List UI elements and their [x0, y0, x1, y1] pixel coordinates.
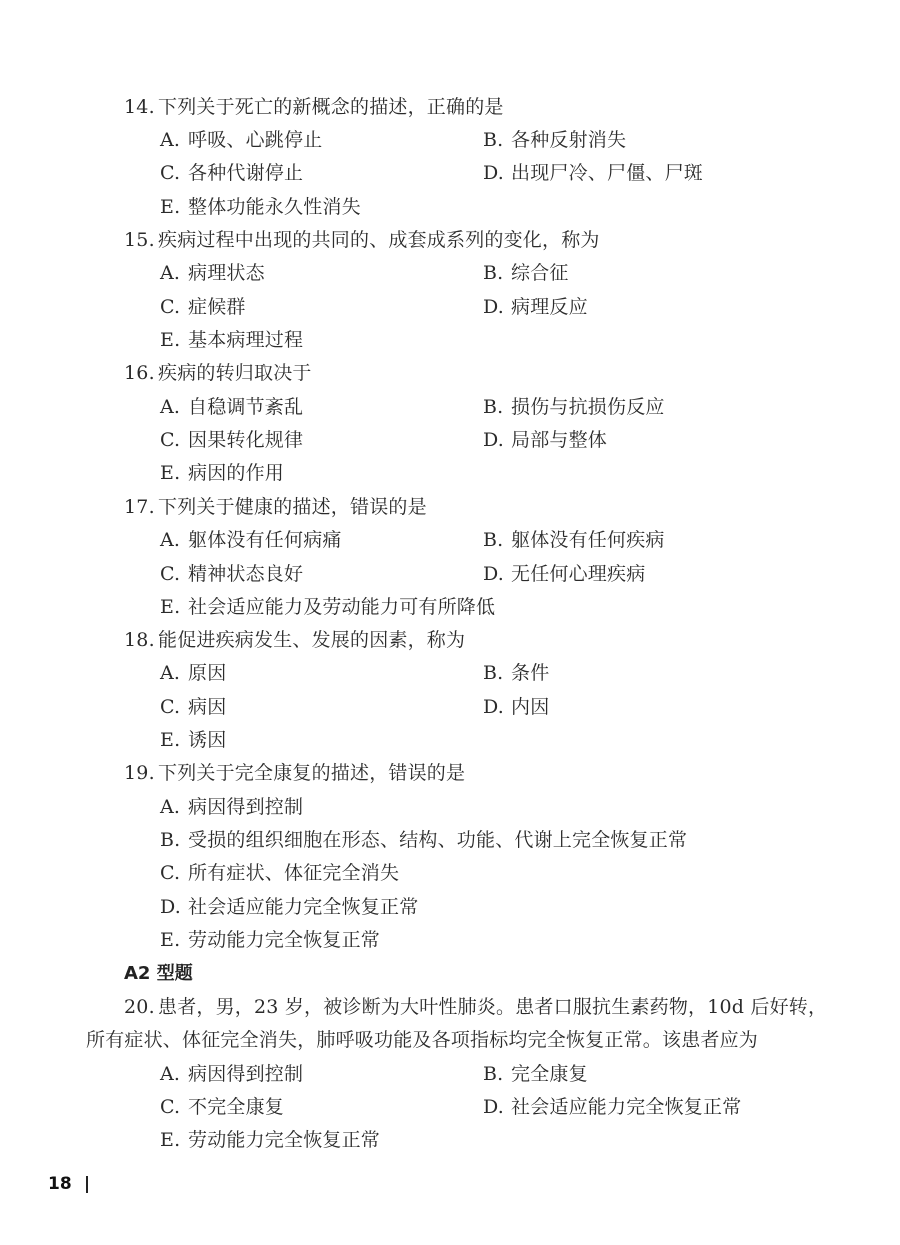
option-18-b: B.条件: [483, 661, 549, 685]
option-14-d: D.出现尸冷、尸僵、尸斑: [483, 161, 703, 185]
option-letter: C.: [160, 861, 188, 885]
option-text: 出现尸冷、尸僵、尸斑: [511, 162, 703, 184]
option-text: 综合征: [511, 262, 569, 284]
option-text: 社会适应能力完全恢复正常: [188, 896, 418, 918]
question-number: 16.: [124, 361, 158, 385]
question-17-stem: 17.下列关于健康的描述，错误的是: [124, 495, 427, 519]
option-letter: A.: [160, 528, 188, 552]
option-text: 躯体没有任何病痛: [188, 529, 342, 551]
option-19-a: A.病因得到控制: [160, 795, 303, 819]
option-letter: B.: [483, 395, 511, 419]
question-16-stem: 16.疾病的转归取决于: [124, 361, 312, 385]
option-text: 劳动能力完全恢复正常: [188, 929, 380, 951]
option-15-d: D.病理反应: [483, 295, 588, 319]
option-letter: E.: [160, 595, 188, 619]
option-text: 损伤与抗损伤反应: [511, 396, 665, 418]
option-16-c: C.因果转化规律: [160, 428, 303, 452]
option-text: 基本病理过程: [188, 329, 303, 351]
option-15-c: C.症候群: [160, 295, 246, 319]
option-17-c: C.精神状态良好: [160, 562, 303, 586]
option-19-b: B.受损的组织细胞在形态、结构、功能、代谢上完全恢复正常: [160, 828, 687, 852]
option-16-d: D.局部与整体: [483, 428, 607, 452]
option-letter: A.: [160, 261, 188, 285]
option-20-e: E.劳动能力完全恢复正常: [160, 1128, 380, 1152]
option-text: 社会适应能力完全恢复正常: [511, 1096, 741, 1118]
option-20-d: D.社会适应能力完全恢复正常: [483, 1095, 741, 1119]
option-20-a: A.病因得到控制: [160, 1062, 303, 1086]
option-text: 因果转化规律: [188, 429, 303, 451]
option-19-d: D.社会适应能力完全恢复正常: [160, 895, 418, 919]
question-number: 15.: [124, 228, 158, 252]
option-letter: B.: [483, 661, 511, 685]
option-letter: D.: [160, 895, 188, 919]
question-number: 14.: [124, 95, 158, 119]
option-text: 不完全康复: [188, 1096, 284, 1118]
option-16-a: A.自稳调节紊乱: [160, 395, 303, 419]
question-text: 患者，男，23 岁，被诊断为大叶性肺炎。患者口服抗生素药物，10d 后好转，: [158, 996, 827, 1018]
option-text: 病理状态: [188, 262, 265, 284]
option-text: 完全康复: [511, 1063, 588, 1085]
option-text: 病理反应: [511, 296, 588, 318]
option-18-c: C.病因: [160, 695, 226, 719]
option-14-b: B.各种反射消失: [483, 128, 626, 152]
option-text: 原因: [188, 662, 226, 684]
option-text: 各种代谢停止: [188, 162, 303, 184]
question-number: 19.: [124, 761, 158, 785]
folio-divider: [86, 1176, 88, 1193]
option-letter: B.: [483, 1062, 511, 1086]
textbook-page: 14.下列关于死亡的新概念的描述，正确的是 A.呼吸、心跳停止 B.各种反射消失…: [0, 0, 900, 1245]
option-letter: C.: [160, 295, 188, 319]
option-text: 症候群: [188, 296, 246, 318]
option-letter: E.: [160, 328, 188, 352]
option-text: 精神状态良好: [188, 563, 303, 585]
option-20-c: C.不完全康复: [160, 1095, 284, 1119]
option-text: 整体功能永久性消失: [188, 196, 361, 218]
option-letter: A.: [160, 395, 188, 419]
option-letter: C.: [160, 161, 188, 185]
option-16-b: B.损伤与抗损伤反应: [483, 395, 665, 419]
option-letter: A.: [160, 661, 188, 685]
option-letter: D.: [483, 562, 511, 586]
question-14-stem: 14.下列关于死亡的新概念的描述，正确的是: [124, 95, 504, 119]
option-19-c: C.所有症状、体征完全消失: [160, 861, 399, 885]
option-18-a: A.原因: [160, 661, 226, 685]
option-letter: C.: [160, 695, 188, 719]
question-text: 疾病的转归取决于: [158, 362, 312, 384]
option-14-c: C.各种代谢停止: [160, 161, 303, 185]
option-letter: D.: [483, 295, 511, 319]
option-letter: C.: [160, 1095, 188, 1119]
option-letter: D.: [483, 428, 511, 452]
option-18-d: D.内因: [483, 695, 549, 719]
question-text: 下列关于死亡的新概念的描述，正确的是: [158, 96, 504, 118]
option-letter: D.: [483, 695, 511, 719]
option-14-e: E.整体功能永久性消失: [160, 195, 361, 219]
option-letter: C.: [160, 428, 188, 452]
option-text: 各种反射消失: [511, 129, 626, 151]
question-19-stem: 19.下列关于完全康复的描述，错误的是: [124, 761, 465, 785]
question-20-stem-line2: 所有症状、体征完全消失，肺呼吸功能及各项指标均完全恢复正常。该患者应为: [86, 1028, 758, 1052]
option-letter: E.: [160, 1128, 188, 1152]
question-number: 20.: [124, 995, 158, 1019]
option-letter: B.: [483, 128, 511, 152]
option-17-a: A.躯体没有任何病痛: [160, 528, 342, 552]
option-17-b: B.躯体没有任何疾病: [483, 528, 665, 552]
question-number: 17.: [124, 495, 158, 519]
option-letter: E.: [160, 728, 188, 752]
question-15-stem: 15.疾病过程中出现的共同的、成套成系列的变化，称为: [124, 228, 600, 252]
option-letter: E.: [160, 461, 188, 485]
option-text: 受损的组织细胞在形态、结构、功能、代谢上完全恢复正常: [188, 829, 687, 851]
option-text: 呼吸、心跳停止: [188, 129, 322, 151]
option-20-b: B.完全康复: [483, 1062, 588, 1086]
option-text: 内因: [511, 696, 549, 718]
question-text: 下列关于完全康复的描述，错误的是: [158, 762, 465, 784]
option-letter: E.: [160, 928, 188, 952]
question-text: 下列关于健康的描述，错误的是: [158, 496, 427, 518]
option-letter: D.: [483, 1095, 511, 1119]
option-15-a: A.病理状态: [160, 261, 265, 285]
option-14-a: A.呼吸、心跳停止: [160, 128, 322, 152]
option-text: 所有症状、体征完全消失: [188, 862, 399, 884]
option-letter: A.: [160, 795, 188, 819]
option-letter: C.: [160, 562, 188, 586]
option-text: 病因得到控制: [188, 796, 303, 818]
option-19-e: E.劳动能力完全恢复正常: [160, 928, 380, 952]
option-text: 病因的作用: [188, 462, 284, 484]
option-18-e: E.诱因: [160, 728, 226, 752]
option-letter: B.: [483, 528, 511, 552]
option-text: 病因得到控制: [188, 1063, 303, 1085]
option-letter: D.: [483, 161, 511, 185]
question-text: 能促进疾病发生、发展的因素，称为: [158, 629, 465, 651]
page-number: 18: [48, 1172, 72, 1196]
option-text: 社会适应能力及劳动能力可有所降低: [188, 596, 495, 618]
option-text: 诱因: [188, 729, 226, 751]
section-heading-a2: A2 型题: [124, 962, 193, 986]
option-17-d: D.无任何心理疾病: [483, 562, 645, 586]
option-text: 自稳调节紊乱: [188, 396, 303, 418]
option-letter: A.: [160, 1062, 188, 1086]
question-text: 疾病过程中出现的共同的、成套成系列的变化，称为: [158, 229, 600, 251]
option-17-e: E.社会适应能力及劳动能力可有所降低: [160, 595, 495, 619]
option-text: 条件: [511, 662, 549, 684]
option-text: 局部与整体: [511, 429, 607, 451]
question-number: 18.: [124, 628, 158, 652]
option-text: 躯体没有任何疾病: [511, 529, 665, 551]
option-letter: A.: [160, 128, 188, 152]
question-18-stem: 18.能促进疾病发生、发展的因素，称为: [124, 628, 465, 652]
option-letter: B.: [483, 261, 511, 285]
option-letter: B.: [160, 828, 188, 852]
option-16-e: E.病因的作用: [160, 461, 284, 485]
option-text: 病因: [188, 696, 226, 718]
question-20-stem-line1: 20.患者，男，23 岁，被诊断为大叶性肺炎。患者口服抗生素药物，10d 后好转…: [124, 995, 827, 1019]
option-text: 劳动能力完全恢复正常: [188, 1129, 380, 1151]
option-15-b: B.综合征: [483, 261, 569, 285]
option-15-e: E.基本病理过程: [160, 328, 303, 352]
option-text: 无任何心理疾病: [511, 563, 645, 585]
option-letter: E.: [160, 195, 188, 219]
